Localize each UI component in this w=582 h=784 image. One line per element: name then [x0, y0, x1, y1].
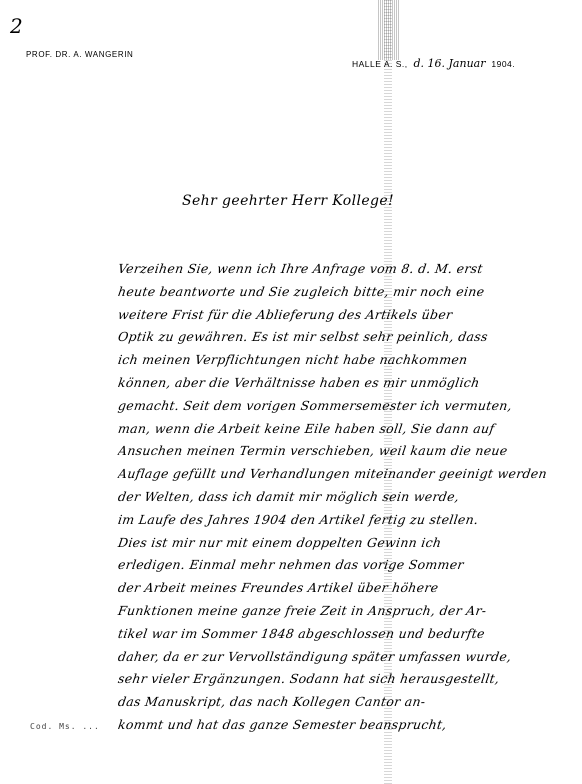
body-line: tikel war im Sommer 1848 abgeschlossen u… — [116, 623, 575, 646]
body-line: der Welten, dass ich damit mir möglich s… — [116, 486, 575, 509]
body-line: können, aber die Verhältnisse haben es m… — [116, 372, 575, 395]
body-line: Optik zu gewähren. Es ist mir selbst seh… — [116, 326, 575, 349]
place-date-line: HALLE A. S., d. 16. Januar 1904. — [352, 57, 515, 70]
letter-body: Verzeihen Sie, wenn ich Ihre Anfrage vom… — [118, 258, 574, 737]
body-line: im Laufe des Jahres 1904 den Artikel fer… — [116, 509, 575, 532]
body-line: ich meinen Verpflichtungen nicht habe na… — [116, 349, 575, 372]
body-line: das Manuskript, das nach Kollegen Cantor… — [116, 691, 575, 714]
body-line: Verzeihen Sie, wenn ich Ihre Anfrage vom… — [116, 258, 575, 281]
body-line: erledigen. Einmal mehr nehmen das vorige… — [116, 554, 575, 577]
handwritten-date: d. 16. Januar — [414, 57, 486, 70]
body-line: daher, da er zur Vervollständigung späte… — [116, 646, 575, 669]
body-line: Ansuchen meinen Termin verschieben, weil… — [116, 440, 575, 463]
body-line: der Arbeit meines Freundes Artikel über … — [116, 577, 575, 600]
year: 1904. — [491, 59, 515, 69]
body-line: Funktionen meine ganze freie Zeit in Ans… — [116, 600, 575, 623]
body-line: kommt und hat das ganze Semester beanspr… — [116, 714, 575, 737]
body-line: Dies ist mir nur mit einem doppelten Gew… — [116, 532, 575, 555]
body-line: sehr vieler Ergänzungen. Sodann hat sich… — [116, 668, 575, 691]
place: HALLE A. S., — [352, 59, 408, 69]
body-line: weitere Frist für die Ablieferung des Ar… — [116, 304, 575, 327]
letterhead: PROF. DR. A. WANGERIN — [26, 50, 133, 59]
body-line: Auflage gefüllt und Verhandlungen mitein… — [116, 463, 575, 486]
salutation: Sehr geehrter Herr Kollege! — [182, 193, 394, 209]
page-number: 2 — [10, 14, 23, 38]
body-line: man, wenn die Arbeit keine Eile haben so… — [116, 418, 575, 441]
letter-page: 2 PROF. DR. A. WANGERIN HALLE A. S., d. … — [0, 0, 582, 784]
archive-stamp: Cod. Ms. ... — [30, 722, 100, 731]
body-line: gemacht. Seit dem vorigen Sommersemester… — [116, 395, 575, 418]
body-line: heute beantworte und Sie zugleich bitte,… — [116, 281, 575, 304]
